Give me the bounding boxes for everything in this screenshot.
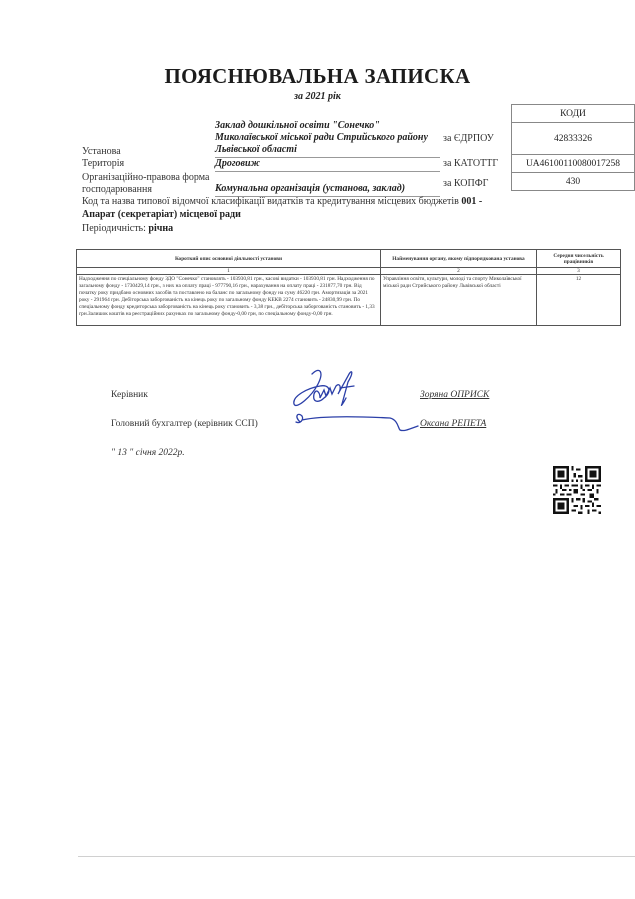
periodicity-line: Періодичність: річна (82, 222, 173, 235)
column-header-employees: Середня чисельність працівників (537, 250, 621, 268)
classification-label: Код та назва типової відомчої класифікац… (82, 196, 459, 207)
head-label: Керівник (111, 390, 148, 400)
accountant-label: Головний бухгалтер (керівник ССП) (111, 419, 258, 429)
org-form-label-line1: Організаційно-правова форма (82, 172, 209, 184)
column-number-3: 3 (537, 268, 621, 275)
institution-value: Заклад дошкільної освіти "Сонечко" Микол… (215, 120, 440, 158)
head-name: Зоряна ОПРИСК (420, 390, 489, 400)
territory-label: Територія (82, 158, 124, 169)
institution-label: Установа (82, 146, 121, 157)
kopfg-label: за КОПФГ (443, 178, 488, 189)
code-kopfg: 430 (512, 173, 635, 191)
signature-image (290, 364, 420, 444)
periodicity-value: річна (148, 223, 173, 234)
employee-count: 12 (537, 275, 621, 326)
institution-value-line3: Львівської області (215, 144, 440, 156)
qr-code (553, 466, 601, 514)
institution-value-line2: Миколаївської міської ради Стрийського р… (215, 132, 440, 144)
codes-table: КОДИ 42833326 UA46100110080017258 430 (511, 104, 635, 191)
document-title: ПОЯСНЮВАЛЬНА ЗАПИСКА (0, 64, 635, 89)
document-subtitle: за 2021 рік (0, 91, 635, 102)
periodicity-label: Періодичність: (82, 223, 146, 234)
code-katottg: UA46100110080017258 (512, 155, 635, 173)
codes-header: КОДИ (512, 105, 635, 123)
institution-value-line1: Заклад дошкільної освіти "Сонечко" (215, 120, 440, 132)
classification-text: Код та назва типової відомчої класифікац… (82, 195, 522, 208)
classification-code: 001 - (461, 196, 482, 207)
classification-name: Апарат (секретаріат) місцевої ради (82, 209, 241, 220)
activity-description: Надходження по спеціальному фонду ЗДО "С… (77, 275, 381, 326)
column-header-authority: Найменування органу, якому підпорядкован… (381, 250, 537, 268)
edrpou-label: за ЄДРПОУ (443, 133, 494, 144)
activity-table: Короткий опис основної діяльності устано… (76, 249, 621, 326)
code-edrpou: 42833326 (512, 123, 635, 155)
accountant-name: Оксана РЕПЕТА (420, 419, 486, 429)
org-form-label: Організаційно-правова форма господарюван… (82, 172, 209, 196)
territory-value: Дроговиж (215, 158, 440, 172)
column-header-description: Короткий опис основної діяльності устано… (77, 250, 381, 268)
column-number-1: 1 (77, 268, 381, 275)
footer-divider (78, 856, 635, 857)
katottg-label: за КАТОТТГ (443, 158, 498, 169)
subordinate-authority: Управління освіти, культури, молоді та с… (381, 275, 537, 326)
classification-name-line: Апарат (секретаріат) місцевої ради (82, 208, 241, 221)
document-date: " 13 " січня 2022р. (111, 448, 185, 458)
table-row: Надходження по спеціальному фонду ЗДО "С… (77, 275, 621, 326)
column-number-2: 2 (381, 268, 537, 275)
